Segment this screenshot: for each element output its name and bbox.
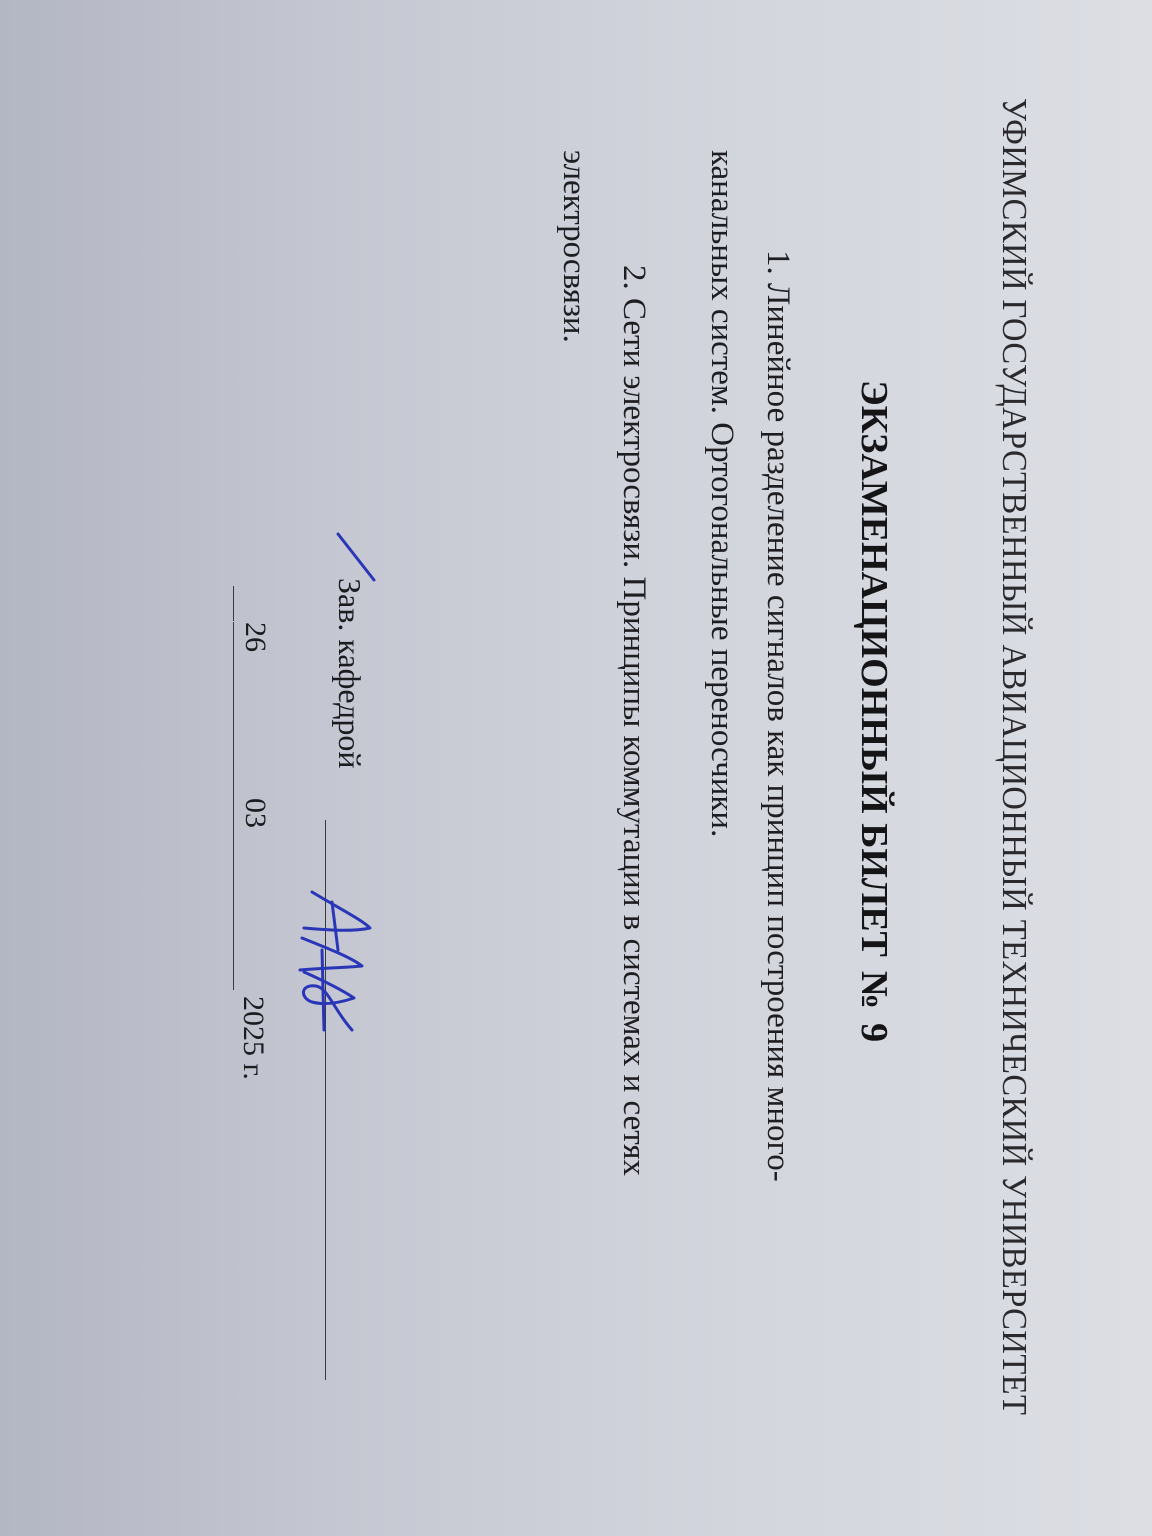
date-month: 03 [238,798,272,828]
ticket-title: ЭКЗАМЕНАЦИОННЫЙ БИЛЕТ№9 [852,380,896,1042]
question-1-line-1: 1. Линейное разделение сигналов как прин… [759,250,796,1182]
date-year: 2025 г. [236,996,270,1080]
date-row: 26 03 2025 г. [232,586,272,1386]
date-underline [233,834,234,990]
number-sign: № [853,971,895,1009]
university-name: УФИМСКИЙ ГОСУДАРСТВЕННЫЙ АВИАЦИОННЫЙ ТЕХ… [994,98,1034,1415]
handwritten-signature-icon [282,880,382,1040]
date-month-underline [233,798,234,834]
ticket-title-text: ЭКЗАМЕНАЦИОННЫЙ БИЛЕТ [853,380,895,957]
date-day: 26 [238,622,272,652]
date-day-underline [233,622,234,659]
date-underline [233,586,234,621]
head-of-department-label: Зав. кафедрой [331,578,368,769]
date-underline [233,659,234,799]
question-2-line-2: электросвязи. [555,150,592,343]
question-2-line-1: 2. Сети электросвязи. Принципы коммутаци… [615,265,652,1176]
question-1-line-2: канальных систем. Ортогональные переносч… [703,150,740,837]
exam-ticket-sheet: УФИМСКИЙ ГОСУДАРСТВЕННЫЙ АВИАЦИОННЫЙ ТЕХ… [0,0,1152,1536]
ticket-number: 9 [853,1023,895,1042]
